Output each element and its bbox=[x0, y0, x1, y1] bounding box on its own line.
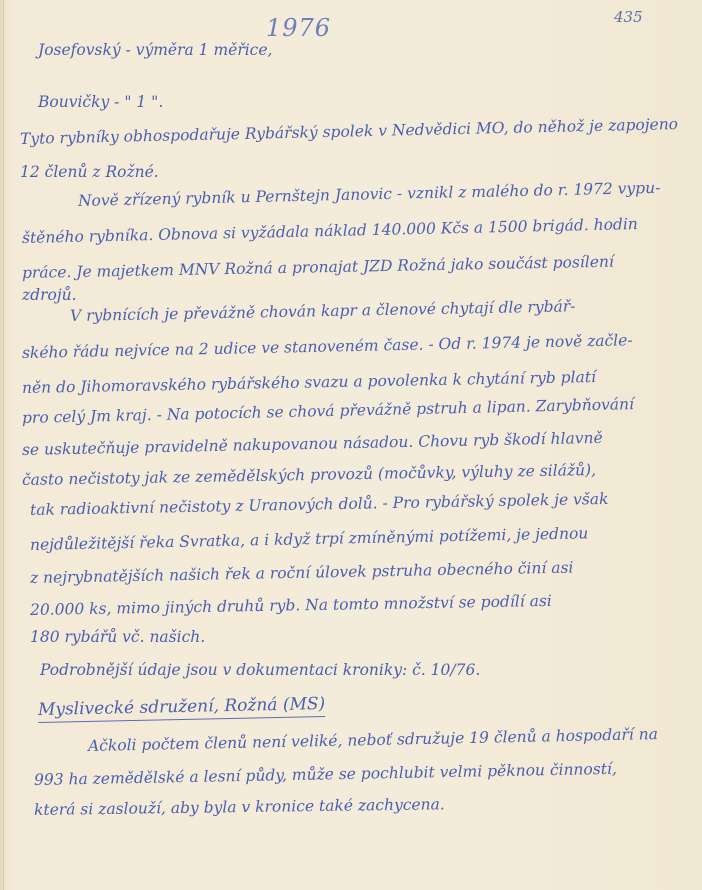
text-line: 12 členů z Rožné. bbox=[20, 162, 159, 182]
text-line: Ačkoli počtem členů není veliké, neboť s… bbox=[88, 724, 658, 756]
text-line: Josefovský - výměra 1 měřice, bbox=[38, 40, 272, 60]
text-line: často nečistoty jak ze zemědělských prov… bbox=[22, 460, 596, 490]
text-line: z nejrybnatějších našich řek a roční úlo… bbox=[30, 558, 574, 588]
section-heading: Myslivecké sdružení, Rožná (MS) bbox=[38, 694, 326, 723]
text-line: která si zaslouží, aby byla v kronice ta… bbox=[34, 794, 445, 820]
text-line: nejdůležitější řeka Svratka, a i když tr… bbox=[30, 523, 589, 555]
chronicle-page: 1976 435 Josefovský - výměra 1 měřice, B… bbox=[0, 0, 702, 890]
text-line: práce. Je majetkem MNV Rožná a pronajat … bbox=[22, 252, 614, 283]
text-line: 993 ha zemědělské a lesní půdy, může se … bbox=[34, 759, 617, 790]
text-line: 20.000 ks, mimo jiných druhů ryb. Na tom… bbox=[30, 591, 552, 620]
text-line: se uskutečňuje pravidelně nakupovanou ná… bbox=[22, 428, 603, 460]
text-line: pro celý Jm kraj. - Na potocích se chová… bbox=[22, 394, 634, 428]
text-line: štěného rybníka. Obnova si vyžádala nákl… bbox=[22, 214, 638, 248]
text-line: tak radioaktivní nečistoty z Uranových d… bbox=[30, 489, 609, 520]
text-line: ského řádu nejvíce na 2 udice ve stanove… bbox=[22, 330, 633, 363]
text-line: Tyto rybníky obhospodařuje Rybářský spol… bbox=[20, 114, 678, 149]
text-line: Nově zřízený rybník u Pernštejn Janovic … bbox=[78, 178, 661, 211]
text-line: zdrojů. bbox=[22, 285, 77, 305]
text-line: Podrobnější údaje jsou v dokumentaci kro… bbox=[40, 660, 480, 680]
text-line: 180 rybářů vč. našich. bbox=[30, 627, 205, 647]
text-line: V rybnících je převážně chován kapr a čl… bbox=[70, 296, 576, 326]
text-line: něn do Jihomoravského rybářského svazu a… bbox=[22, 367, 596, 398]
page-number: 435 bbox=[614, 8, 643, 26]
text-line: Bouvičky - " 1 ". bbox=[38, 92, 163, 112]
page-year: 1976 bbox=[266, 14, 331, 42]
